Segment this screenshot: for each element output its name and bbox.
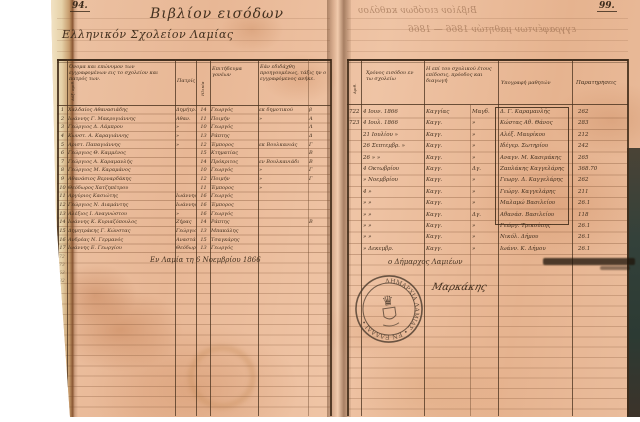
row-number: 6 [57,149,67,158]
margin-number: 63 [59,271,65,276]
prior-note [258,149,308,158]
entry-date: » » [361,198,424,209]
registry-number [347,141,361,152]
father-name: Θεόδωρ. [175,244,196,253]
bleedthrough-line: Βιβλίον εισόδων καθόλου [358,6,477,16]
name-column-1: Καγγ. [424,130,470,141]
entry-date: 21 Ιουλίου » [361,130,424,141]
scanned-ledger-spread: 94. 99. Βιβλίον εισόδων Ελληνικόν Σχολεί… [0,0,640,422]
row-number: 14 [57,218,67,227]
row-number: 1 [57,106,67,115]
table-row: 11 Αργύριος Κασιώτης Ιωάννης 16 Γεωργός [57,192,331,201]
amount-value: 26.1 [570,232,628,243]
student-name: Ιωάννης Κ. Κυριαζόπουλος [67,218,175,227]
student-name: Γεώργιος Α. Καραμανλής [67,158,175,167]
age-value: 14 [196,218,210,227]
student-name: Γεώργιος Θ. Καμμένος [67,149,175,158]
amount-value: 212 [570,130,628,141]
name-column-1: Καγγ. [424,164,470,175]
name-column-1: Καγγ. [424,187,470,198]
occupation-value: Ράπτης [210,218,258,227]
student-name: Χαλδαίος Αθανασιάδης [67,106,175,115]
entry-date: » Νοεμβρίου [361,175,424,186]
right-header-signature: Υπογραφή μαθητών [501,80,571,86]
amount-value: 26.1 [570,221,628,232]
table-row: 26 Σεπτεμβρ. » Καγγ. » Ιδέγερ. Σωτηρίου … [347,141,628,152]
name-column-1: Καγγ. [424,244,470,255]
margin-number: 82 [59,279,65,284]
table-border [347,104,628,105]
mark-value [308,210,331,219]
mark-value [308,236,331,245]
mayor-signature: Μαρκάκης [431,282,488,293]
student-name: Δημητράκης Γ. Κώνστας [67,227,175,236]
entry-date: 4 Οκτωβρίου [361,164,424,175]
student-name: Ανδρέας Ν. Γερμανός [67,236,175,245]
signature-name: Ζαπλάκης Καγγελάρης [498,164,570,175]
name-column-2: Δγ. [470,210,498,221]
student-name: Κωνστ. Α. Καραγιάννης [67,132,175,141]
name-column-1: Καγγ. [424,198,470,209]
left-header-prior: Εάν εδιδάχθη προηγουμένως, τάξις ην ο εγ… [260,64,328,82]
row-number: 5 [57,141,67,150]
father-name [175,149,196,158]
table-row: 9 Αθανάσιος Βερναρδάκης 12 Ποιμήν » Γ [57,175,331,184]
signature-name: Μαλαμώ Βασιλείου [498,198,570,209]
name-column-2: » [470,175,498,186]
mark-value [308,192,331,201]
student-name: Ιωάννης Γ. Μακρυγιάννης [67,115,175,124]
shield-icon [383,307,396,320]
father-name: Αναστάσ. [175,236,196,245]
name-column-1: Καγγ. [424,210,470,221]
student-name: Ιωάννης Ε. Γεωργίου [67,244,175,253]
student-name: Αριστ. Παπαγιάννης [67,141,175,150]
name-column-2: » [470,198,498,209]
date-line: Εν Λαμία τη 6 Νοεμβρίου 1866 [150,256,261,264]
table-border [347,62,628,63]
row-number: 3 [57,123,67,132]
student-name: Αργύριος Κασιώτης [67,192,175,201]
student-name: Θεόδωρος Χατζηπέτρου [67,184,175,193]
prior-note: » [258,175,308,184]
table-border [57,59,331,61]
occupation-value: Κτηματίας [210,149,258,158]
prior-note: » [258,166,308,175]
left-table-body: 1 Χαλδαίος Αθανασιάδης Δημήτρ. 14 Γεωργό… [57,106,331,253]
father-name: Αθαν. [175,115,196,124]
signature-name: Ιδέγερ. Σωτηρίου [498,141,570,152]
name-column-2: » [470,153,498,164]
age-value: 11 [196,184,210,193]
table-row: 10 Θεόδωρος Χατζηπέτρου 11 Έμπορος » [57,184,331,193]
table-row: » » Καγγ. » Μαλαμώ Βασιλείου 26.1 [347,198,628,209]
occupation-value: Ράπτης [210,132,258,141]
entry-date: » Δεκεμβρ. [361,244,424,255]
age-value: 16 [196,201,210,210]
ink-smudge [600,266,630,270]
left-header-age: Ηλικία [200,66,206,96]
table-row: 4 » Καγγ. » Γεώργ. Καγγελάρης 211 [347,187,628,198]
student-name: Γεώργιος Δ. Λάμπρου [67,123,175,132]
prior-note [258,123,308,132]
entry-date: » » [361,210,424,221]
name-column-1: Καγγ. [424,232,470,243]
occupation-value: Γεωργός [210,166,258,175]
table-row: 5 Αριστ. Παπαγιάννης » 12 Έμπορος εκ Βου… [57,141,331,150]
occupation-value: Πρόκριτος [210,158,258,167]
table-row: 14 Ιωάννης Κ. Κυριαζόπουλος Ζήρας 14 Ράπ… [57,218,331,227]
amount-value: 262 [570,175,628,186]
table-row: 2 Ιωάννης Γ. Μακρυγιάννης Αθαν. 11 Ποιμή… [57,115,331,124]
age-value: 11 [196,115,210,124]
paper-scan: 94. 99. Βιβλίον εισόδων Ελληνικόν Σχολεί… [0,0,640,422]
entry-date: 26 Σεπτεμβρ. » [361,141,424,152]
row-number: 17 [57,244,67,253]
registry-number [347,175,361,186]
amount-value: 265 [570,153,628,164]
mark-value: Β [308,149,331,158]
registry-number [347,221,361,232]
occupation-value: Γεωργός [210,192,258,201]
right-table-body: 722 4 Ιουν. 1866 Καγγίας Μαγδ. Δ. Γ. Καρ… [347,107,628,255]
right-header-conduct: Η επί του σχολικού έτους επίδοσις, πρόοδ… [426,66,496,84]
age-value: 14 [196,158,210,167]
mark-value [308,227,331,236]
mark-value: β [308,106,331,115]
father-name: Δημήτρ. [175,106,196,115]
age-value: 16 [196,192,210,201]
registry-number [347,244,361,255]
father-name: » [175,210,196,219]
father-name: Ιωάννης [175,192,196,201]
row-number: 4 [57,132,67,141]
mark-value: Γ [308,166,331,175]
stamp-ring-text: ΔΗΜΑΡΧΙΑ ΛΑΜΙΑΣ • ΕΝ ΕΛΛΑΔΙ • [355,274,424,344]
stain-ring [188,345,256,409]
occupation-value: Έμπορος [210,201,258,210]
mark-value: Γ [308,175,331,184]
occupation-value: Γεωργός [210,106,258,115]
ledger-subtitle: Ελληνικόν Σχολείον Λαμίας [62,28,234,41]
name-column-2: » [470,141,498,152]
table-row: 4 Κωνστ. Α. Καραγιάννης » 13 Ράπτης Δ [57,132,331,141]
entry-date: 4 » [361,187,424,198]
row-number: 9 [57,175,67,184]
table-border [347,59,628,61]
student-name: Γεώργιος Ν. Διαμάντης [67,201,175,210]
left-header-name: Όνομα και επώνυμον των εγγραφομένων εις … [69,64,173,82]
prior-note: » [258,115,308,124]
amount-value: 211 [570,187,628,198]
ledger-title: Βιβλίον εισόδων [150,6,284,22]
prior-note [258,227,308,236]
name-column-1: Καγγ. [424,221,470,232]
age-value: 15 [196,149,210,158]
prior-note [258,244,308,253]
name-column-1: Καγγ. [424,118,470,129]
table-row: 4 Οκτωβρίου Καγγ. Δγ. Ζαπλάκης Καγγελάρη… [347,164,628,175]
age-value: 10 [196,123,210,132]
father-name: Ιωάννης [175,201,196,210]
registry-number [347,198,361,209]
student-name: Αλέξιος Ι. Αναγνώστου [67,210,175,219]
prior-note [258,218,308,227]
name-column-2: » [470,232,498,243]
name-column-2: » [470,118,498,129]
prior-note: εκ Βουλκανιάς [258,141,308,150]
table-row: 1 Χαλδαίος Αθανασιάδης Δημήτρ. 14 Γεωργό… [57,106,331,115]
occupation-value: Γεωργός [210,244,258,253]
signature-name: Ιωάνν. Κ. Δήμου [498,244,570,255]
signature-name: Κώστας Αθ. Θάνος [498,118,570,129]
amount-value: 26.1 [570,198,628,209]
entry-date: 26 » » [361,153,424,164]
bleedthrough-line: εγγραφέντων μαθητών 1866 — 1866 [408,25,576,35]
registry-number: 723 [347,118,361,129]
row-number: 12 [57,201,67,210]
mark-value: Α [308,115,331,124]
registry-number [347,153,361,164]
mark-value: Γ [308,141,331,150]
occupation-value: Γεωργός [210,123,258,132]
right-header-remarks: Παρατηρήσεις [576,80,628,86]
student-name: Γεώργιος Μ. Καραμάνος [67,166,175,175]
registry-number: 722 [347,107,361,118]
table-row: » » Καγγ. » Νικόλ. Δήμου 26.1 [347,232,628,243]
margin-number: 72 [59,255,65,260]
age-value: 13 [196,227,210,236]
table-row: 26 » » Καγγ. » Αναγν. Μ. Κασιμάκης 265 [347,153,628,164]
amount-value: 368.70 [570,164,628,175]
mark-value: Λ [308,123,331,132]
registry-number [347,187,361,198]
signature-name: Αναγν. Μ. Κασιμάκης [498,153,570,164]
name-column-2: » [470,244,498,255]
name-column-1: Καγγ. [424,175,470,186]
father-name [175,158,196,167]
row-number: 7 [57,158,67,167]
name-column-2: Δγ. [470,164,498,175]
left-header-occupation: Επιτήδευμα γονέων [212,66,256,78]
table-row: 8 Γεώργιος Μ. Καραμάνος 10 Γεωργός » Γ [57,166,331,175]
entry-date: » » [361,221,424,232]
table-row: 3 Γεώργιος Δ. Λάμπρου » 10 Γεωργός Λ [57,123,331,132]
registry-number [347,130,361,141]
registry-number [347,210,361,221]
row-number: 15 [57,227,67,236]
student-name: Αθανάσιος Βερναρδάκης [67,175,175,184]
father-name: » [175,123,196,132]
table-row: » Νοεμβρίου Καγγ. » Γεωργ. Δ. Καγγελάρης… [347,175,628,186]
table-border [57,62,331,63]
age-value: 12 [196,175,210,184]
entry-date: 4 Ιουλ. 1866 [361,118,424,129]
age-value: 10 [196,166,210,175]
amount-value: 118 [570,210,628,221]
left-header-homeland: Πατρίς [177,78,195,84]
prior-note: » [258,184,308,193]
name-column-2: » [470,221,498,232]
name-column-2: » [470,130,498,141]
father-name: Ζήρας [175,218,196,227]
row-number: 2 [57,115,67,124]
signature-name: Νικόλ. Δήμου [498,232,570,243]
amount-value: 242 [570,141,628,152]
age-value: 14 [196,106,210,115]
amount-value: 283 [570,118,628,129]
mark-value: Δ [308,132,331,141]
registry-number [347,232,361,243]
signature-name: Γεώργ. Καγγελάρης [498,187,570,198]
occupation-value: Τσαγκάρης [210,236,258,245]
father-name [175,184,196,193]
age-value: 13 [196,244,210,253]
margin-number: 73 [59,263,65,268]
signature-name: Γεωργ. Δ. Καγγελάρης [498,175,570,186]
table-row: 15 Δημητράκης Γ. Κώνστας Γεώργιος 13 Μπα… [57,227,331,236]
ink-smudge [543,258,635,265]
table-row: 21 Ιουλίου » Καγγ. » Αλέξ. Μαυρίκου 212 [347,130,628,141]
entry-date: » » [361,232,424,243]
table-row: » Δεκεμβρ. Καγγ. » Ιωάνν. Κ. Δήμου 26.1 [347,244,628,255]
municipal-stamp: ΔΗΜΑΡΧΙΑ ΛΑΜΙΑΣ • ΕΝ ΕΛΛΑΔΙ • ♛ [347,267,431,351]
mark-value [308,244,331,253]
name-column-2: » [470,187,498,198]
name-column-1: Καγγίας [424,107,470,118]
signature-name: Αθανάσ. Βασιλείου [498,210,570,221]
signature-name: Γεώργ. Τρικούπης [498,221,570,232]
row-number: 13 [57,210,67,219]
prior-note: εκ δημοτικού [258,106,308,115]
mark-value [308,184,331,193]
amount-value: 26.1 [570,244,628,255]
father-name: Γεώργιος [175,227,196,236]
right-page-number: 99. [597,1,617,12]
age-value: 12 [196,141,210,150]
name-column-2: Μαγδ. [470,107,498,118]
table-row: 17 Ιωάννης Ε. Γεωργίου Θεόδωρ. 13 Γεωργό… [57,244,331,253]
mayor-line: ο Δήμαρχος Λαμιέων [388,258,462,266]
amount-value: 262 [570,107,628,118]
left-page-number: 94. [70,1,90,12]
prior-note [258,132,308,141]
table-row: 722 4 Ιουν. 1866 Καγγίας Μαγδ. Δ. Γ. Καρ… [347,107,628,118]
row-number: 10 [57,184,67,193]
mark-value: Β [308,218,331,227]
table-row: 13 Αλέξιος Ι. Αναγνώστου » 16 Γεωργός [57,210,331,219]
row-number: 16 [57,236,67,245]
signature-name: Δ. Γ. Καραμανλής [498,107,570,118]
signature-name: Αλέξ. Μαυρίκου [498,130,570,141]
row-number: 8 [57,166,67,175]
prior-note [258,236,308,245]
table-row: 16 Ανδρέας Ν. Γερμανός Αναστάσ. 15 Τσαγκ… [57,236,331,245]
occupation-value: Ποιμήν [210,175,258,184]
table-row: 6 Γεώργιος Θ. Καμμένος 15 Κτηματίας Β [57,149,331,158]
table-row: » » Καγγ. » Γεώργ. Τρικούπης 26.1 [347,221,628,232]
registry-number [347,164,361,175]
row-number: 11 [57,192,67,201]
prior-note: εν Βουλκανιάδι [258,158,308,167]
occupation-value: Έμπορος [210,141,258,150]
occupation-value: Μπακάλης [210,227,258,236]
right-header-entry: Χρόνος εισόδου εν τω σχολείω [366,70,420,82]
father-name [175,175,196,184]
name-column-1: Καγγ. [424,153,470,164]
father-name: » [175,141,196,150]
table-row: 12 Γεώργιος Ν. Διαμάντης Ιωάννης 16 Έμπο… [57,201,331,210]
occupation-value: Έμπορος [210,184,258,193]
name-column-1: Καγγ. [424,141,470,152]
prior-note [258,192,308,201]
mark-value: Β [308,158,331,167]
prior-note [258,210,308,219]
father-name: » [175,132,196,141]
entry-date: 4 Ιουν. 1866 [361,107,424,118]
age-value: 16 [196,210,210,219]
table-row: 723 4 Ιουλ. 1866 Καγγ. » Κώστας Αθ. Θάνο… [347,118,628,129]
mark-value [308,201,331,210]
occupation-value: Γεωργός [210,210,258,219]
table-row: » » Καγγ. Δγ. Αθανάσ. Βασιλείου 118 [347,210,628,221]
table-row: 7 Γεώργιος Α. Καραμανλής 14 Πρόκριτος εν… [57,158,331,167]
age-value: 15 [196,236,210,245]
occupation-value: Ποιμήν [210,115,258,124]
right-header-serial: Αριθ. [352,64,358,94]
age-value: 13 [196,132,210,141]
prior-note [258,201,308,210]
father-name [175,166,196,175]
